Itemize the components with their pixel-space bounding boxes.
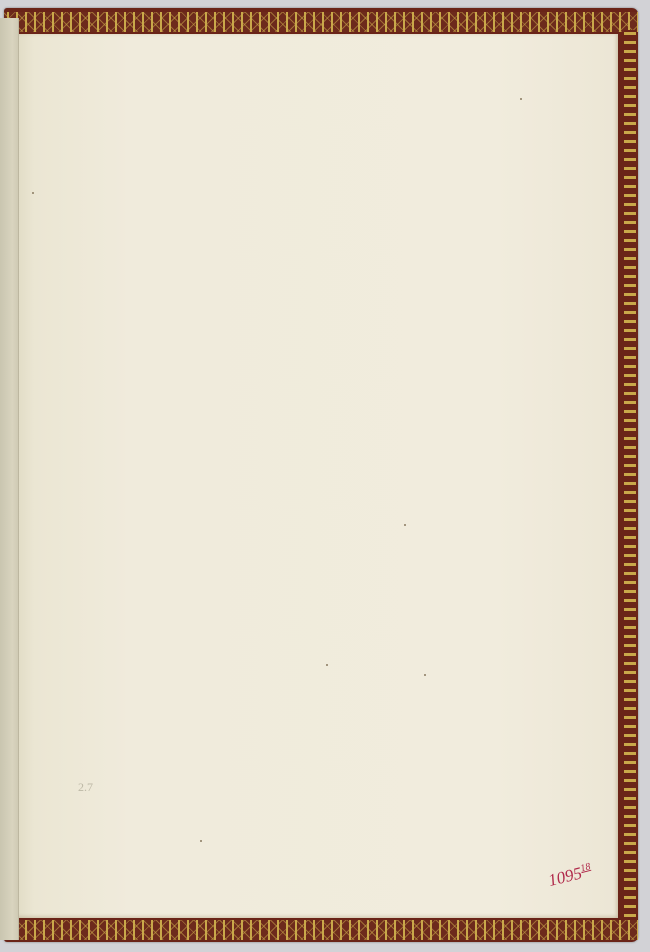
gilt-border-right [624,30,636,922]
facing-leaf-edge [0,18,19,940]
pencil-mark: 2.7 [78,780,93,795]
paper-speck [520,98,522,100]
endpaper-page [10,34,618,918]
paper-speck [200,840,202,842]
paper-speck [326,664,328,666]
paper-speck [32,192,34,194]
paper-speck [424,674,426,676]
paper-speck [404,524,406,526]
gilt-border-bottom [4,920,638,940]
gilt-border-top [4,12,638,32]
